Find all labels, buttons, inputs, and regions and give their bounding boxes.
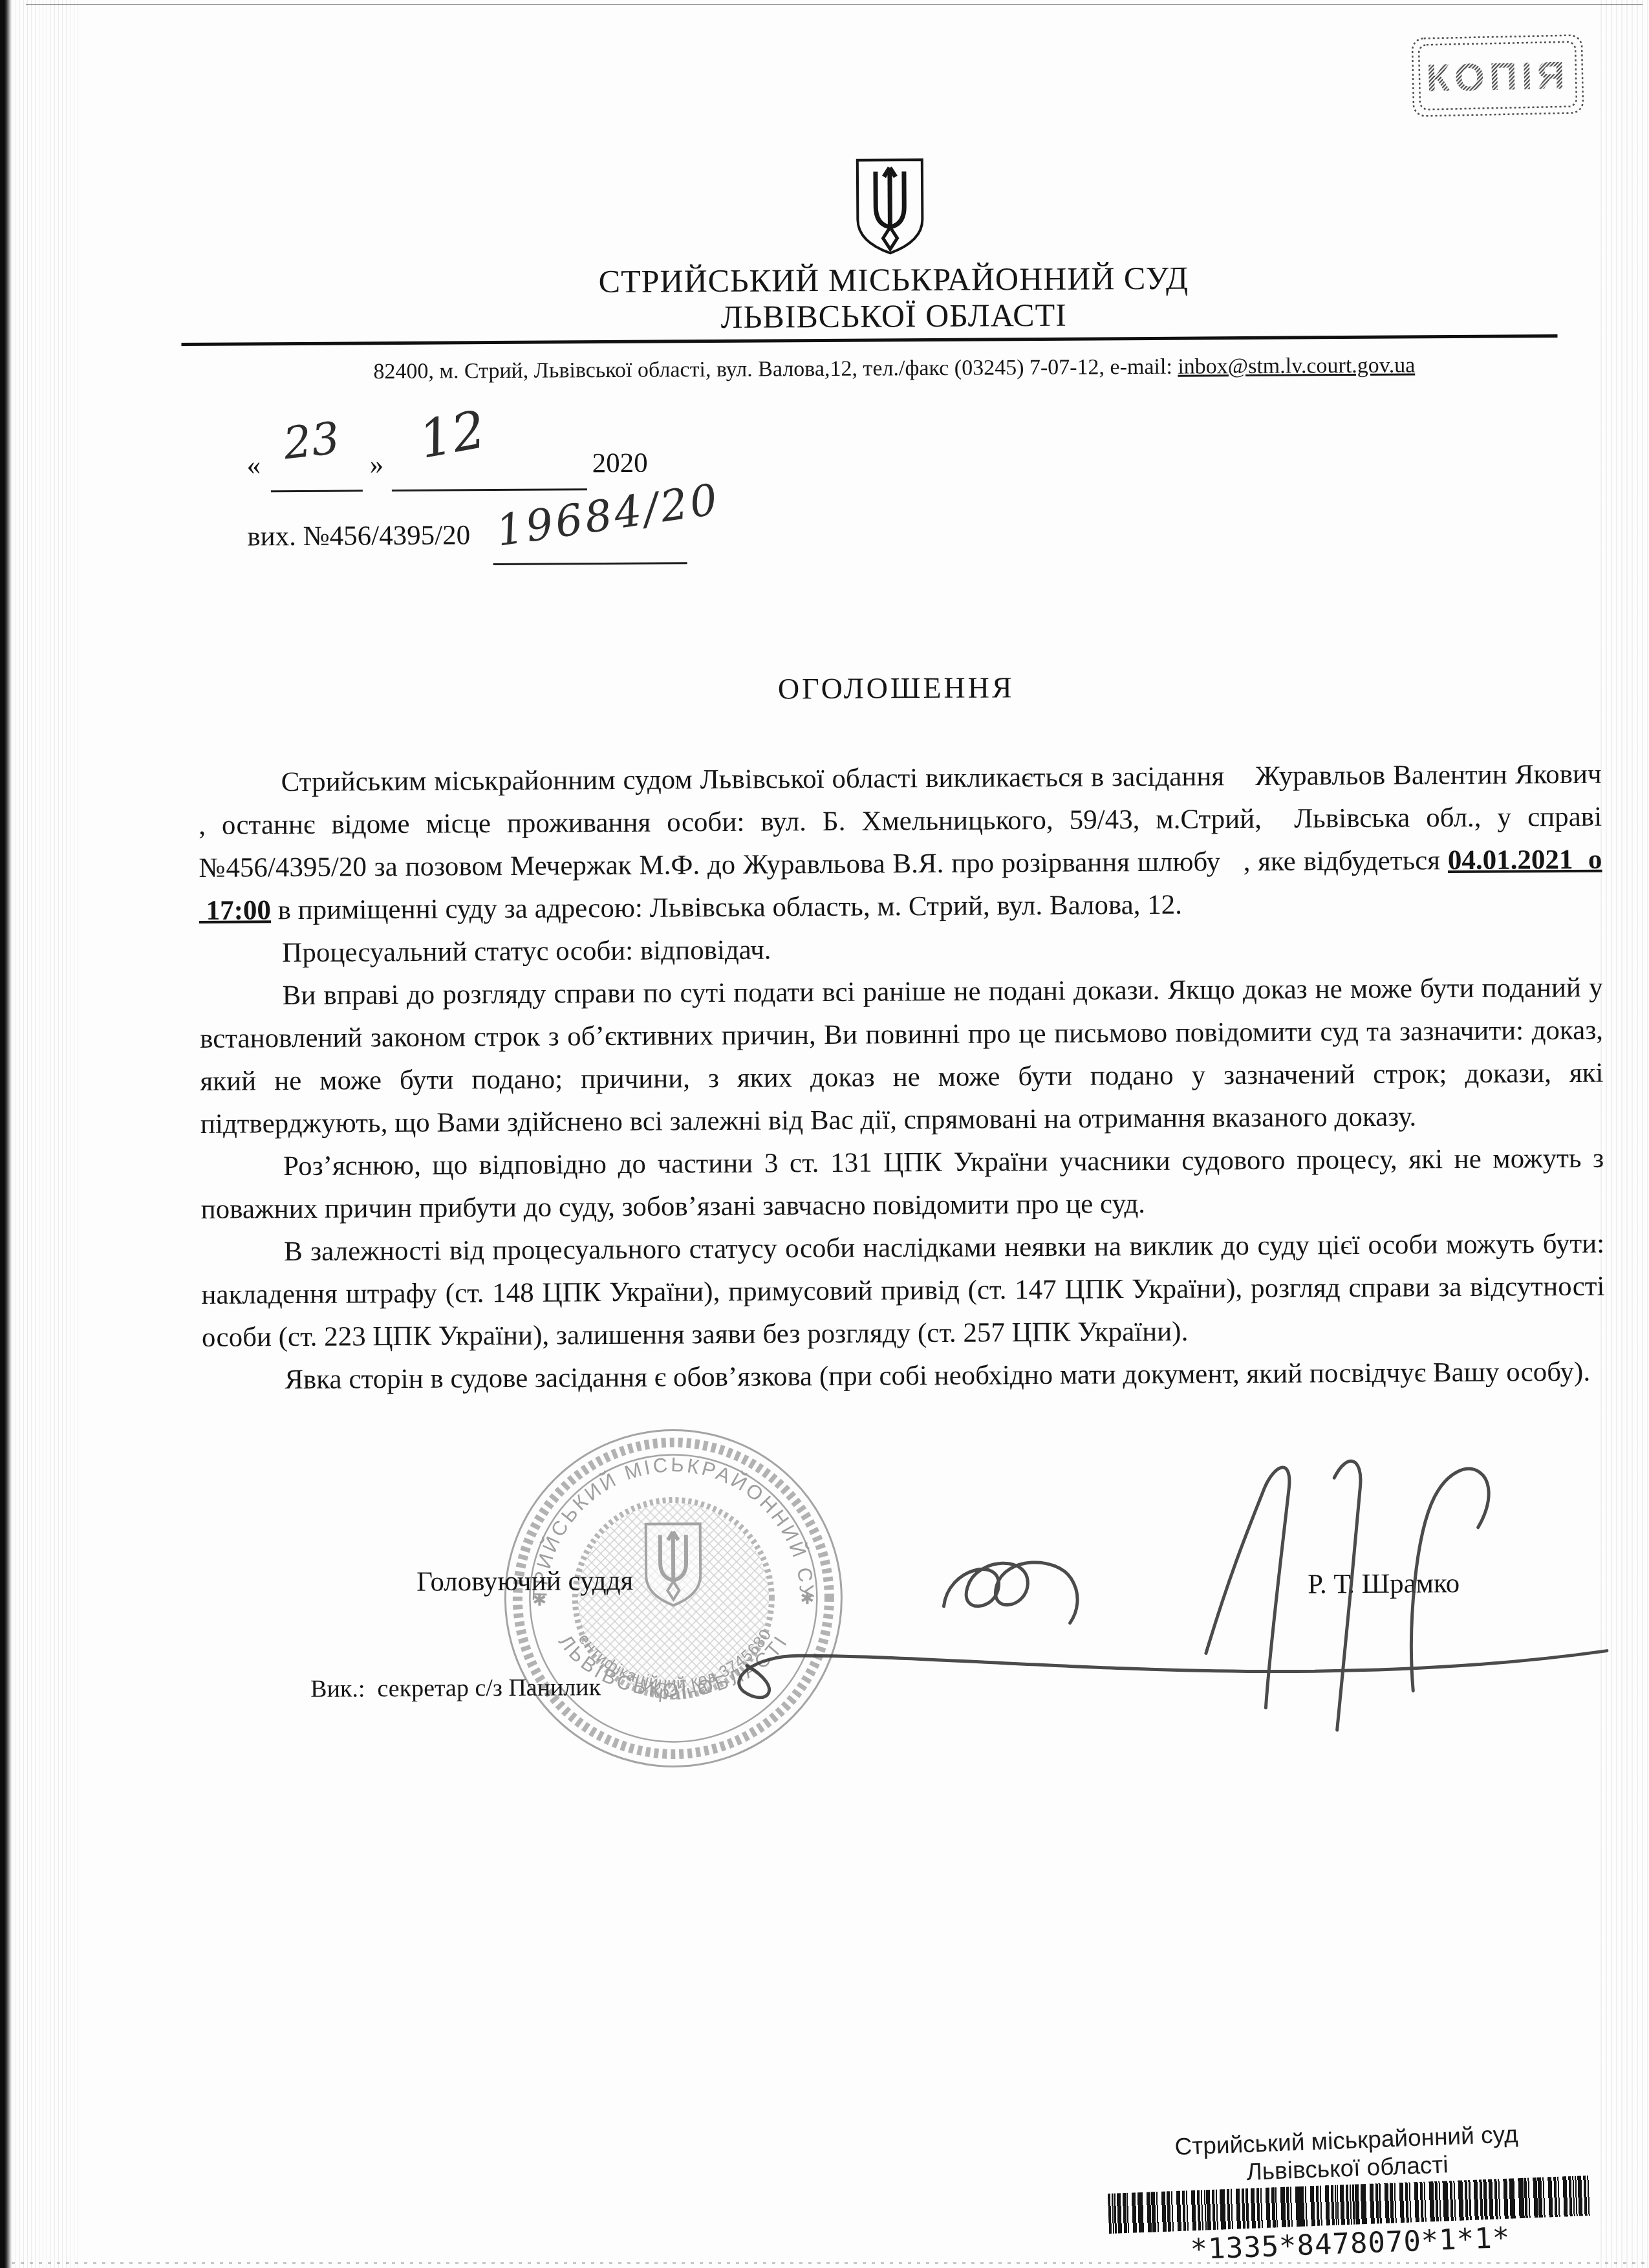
paragraph-evidence: Ви вправі до розгляду справи по суті под… (199, 967, 1604, 1146)
judge-signature (681, 1437, 1649, 1753)
ukraine-trident-emblem-icon (851, 155, 929, 257)
outgoing-ref-label: вих. №456/4395/20 (247, 519, 470, 552)
paragraph-attendance: Явка сторін в судове засідання є обов’яз… (202, 1351, 1605, 1402)
day-underline (271, 490, 363, 492)
handwritten-month: 12 (415, 399, 490, 470)
summons-text-post: в приміщенні суду за адресою: Львівська … (271, 890, 1182, 926)
court-email: inbox@stm.lv.court.gov.ua (1178, 353, 1415, 378)
date-quote-close: » (370, 449, 384, 481)
court-name-line2: ЛЬВІВСЬКОЇ ОБЛАСТІ (195, 293, 1592, 339)
document-body: Стрийським міськрайонним судом Львівсько… (198, 753, 1605, 1402)
barcode-block: Стрийський міськрайонний суд Львівської … (1097, 2117, 1599, 2268)
judge-title-label: Головуючий суддя (416, 1565, 633, 1598)
paragraph-notice: Роз’яснюю, що відповідно до частини 3 ст… (200, 1138, 1604, 1231)
document-content: СТРИЙСЬКИЙ МІСЬКРАЙОННИЙ СУД ЛЬВІВСЬКОЇ … (0, 0, 1649, 2268)
year-printed: 2020 (592, 448, 648, 480)
paragraph-summons: Стрийським міськрайонним судом Львівсько… (198, 753, 1602, 933)
scanned-court-document-page: КОПІЯ СТРИЙСЬКИЙ МІСЬКРАЙОННИЙ СУД ЛЬВІВ… (0, 0, 1649, 2268)
court-address-text: 82400, м. Стрий, Львівської області, вул… (373, 355, 1178, 384)
month-underline (392, 488, 587, 491)
handwritten-ref-number: 19684/20 (493, 474, 723, 556)
court-address-line: 82400, м. Стрий, Львівської області, вул… (196, 352, 1593, 385)
date-quote-open: « (247, 449, 261, 481)
summons-text-pre: Стрийським міськрайонним судом Львівсько… (199, 759, 1602, 883)
executor-line: Вик.: секретар с/з Панилик (310, 1673, 601, 1703)
ref-underline (493, 562, 687, 565)
handwritten-day: 23 (281, 413, 342, 470)
document-title: ОГОЛОШЕННЯ (198, 667, 1595, 709)
paragraph-consequences: В залежності від процесуального статусу … (201, 1223, 1605, 1359)
